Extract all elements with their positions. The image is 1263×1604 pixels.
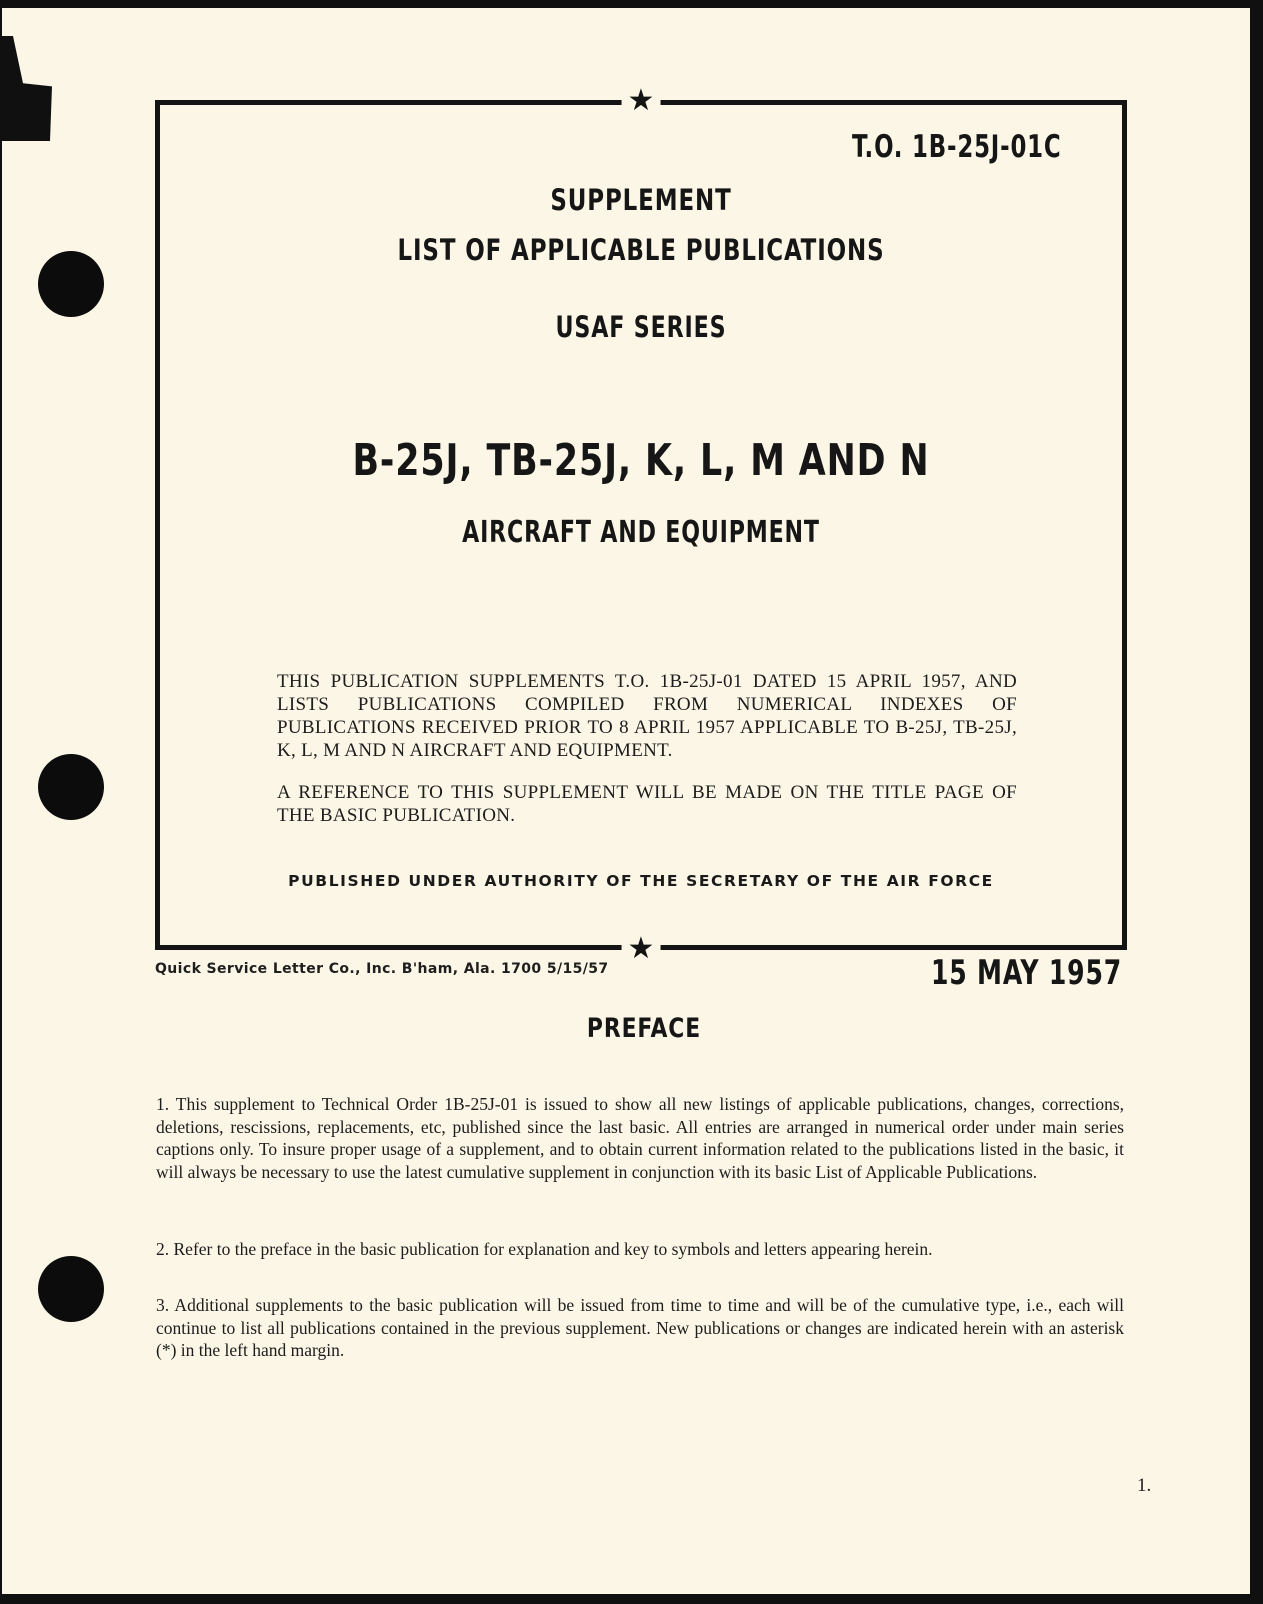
publication-date: 15 MAY 1957 [931,953,1122,993]
preface-paragraph: 1. This supplement to Technical Order 1B… [156,1093,1124,1183]
series-heading: USAF SERIES [232,310,1050,344]
preface-paragraph: 3. Additional supplements to the basic p… [156,1294,1124,1362]
binder-hole-icon [38,251,104,317]
star-icon: ★ [622,934,661,964]
aircraft-subtitle: AIRCRAFT AND EQUIPMENT [247,515,1036,550]
binder-hole-icon [38,1256,104,1322]
title-frame: ★ T.O. 1B-25J-01C SUPPLEMENT LIST OF APP… [155,100,1127,950]
list-title: LIST OF APPLICABLE PUBLICATIONS [218,233,1065,267]
page-number: 1. [1137,1475,1151,1497]
authority-statement: PUBLISHED UNDER AUTHORITY OF THE SECRETA… [160,872,1122,890]
document-page: ★ T.O. 1B-25J-01C SUPPLEMENT LIST OF APP… [2,8,1250,1594]
star-icon: ★ [622,86,661,116]
torn-corner [2,36,52,141]
binder-hole-icon [38,754,104,820]
printer-imprint: Quick Service Letter Co., Inc. B'ham, Al… [155,961,609,977]
technical-order-number: T.O. 1B-25J-01C [852,129,1062,165]
aircraft-models: B-25J, TB-25J, K, L, M AND N [218,435,1065,486]
preface-heading: PREFACE [64,1013,1187,1044]
reference-paragraph: A REFERENCE TO THIS SUPPLEMENT WILL BE M… [277,781,1017,827]
intro-paragraph: THIS PUBLICATION SUPPLEMENTS T.O. 1B-25J… [277,670,1017,762]
preface-paragraph: 2. Refer to the preface in the basic pub… [156,1238,1124,1261]
supplement-heading: SUPPLEMENT [218,183,1065,217]
